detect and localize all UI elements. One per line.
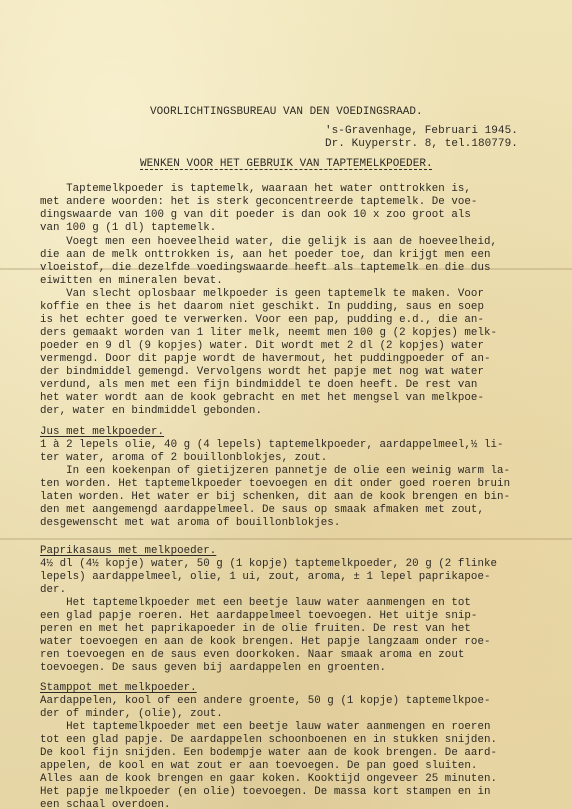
text-line: peren en met het paprikapoeder in de oli… bbox=[40, 623, 471, 636]
text-line: desgewenscht met wat aroma of bouillonbl… bbox=[40, 517, 340, 530]
text-line: Voegt men een hoeveelheid water, die gel… bbox=[40, 236, 497, 249]
text-line: Alles aan de kook brengen en gaar koken.… bbox=[40, 773, 497, 786]
text-line: is het echter goed te verwerken. Voor ee… bbox=[40, 314, 484, 327]
text-line: vloeistof, die dezelfde voedingswaarde h… bbox=[40, 262, 491, 275]
text-line: met andere woorden: het is sterk geconce… bbox=[40, 196, 477, 209]
text-line: die aan de melk onttrokken is, aan het p… bbox=[40, 249, 491, 262]
text-line: ter water, aroma of 2 bouillonblokjes, z… bbox=[40, 452, 327, 465]
text-line: lepels) aardappelmeel, olie, 1 ui, zout,… bbox=[40, 571, 491, 584]
text-line: tot een glad papje. De aardappelen schoo… bbox=[40, 734, 497, 747]
text-line: een schaal overdoen. bbox=[40, 799, 171, 809]
text-line: Het papje melkpoeder (en olie) toevoegen… bbox=[40, 786, 491, 799]
address: Dr. Kuyperstr. 8, tel.180779. bbox=[325, 138, 518, 151]
text-line: der, water en bindmiddel gebonden. bbox=[40, 405, 262, 418]
text-line: 1 à 2 lepels olie, 40 g (4 lepels) tapte… bbox=[40, 439, 504, 452]
text-line: Het taptemelkpoeder met een beetje lauw … bbox=[40, 721, 491, 734]
text-line: water toevoegen en aan de kook brengen. … bbox=[40, 636, 491, 649]
text-line: Het taptemelkpoeder met een beetje lauw … bbox=[40, 597, 471, 610]
text-line: appelen, de kool en wat zout er aan toev… bbox=[40, 760, 477, 773]
text-line: Taptemelkpoeder is taptemelk, waaraan he… bbox=[40, 183, 471, 196]
text-line: De kool fijn snijden. Een bodempje water… bbox=[40, 747, 497, 760]
text-line: der bindmiddel gemengd. Vervolgens wordt… bbox=[40, 366, 484, 379]
text-line: 4½ dl (4½ kopje) water, 50 g (1 kopje) t… bbox=[40, 558, 497, 571]
text-line: ren toevoegen en de saus even doorkoken.… bbox=[40, 649, 464, 662]
recipe-title: Jus met melkpoeder. bbox=[40, 426, 164, 439]
text-line: vermengd. Door dit papje wordt de haverm… bbox=[40, 353, 491, 366]
place-date: 's-Gravenhage, Februari 1945. bbox=[325, 125, 518, 138]
text-line: der. bbox=[40, 584, 66, 597]
typewritten-document: VOORLICHTINGSBUREAU VAN DEN VOEDINGSRAAD… bbox=[0, 0, 572, 809]
text-line: den met aangemengd aardappelmeel. De sau… bbox=[40, 504, 484, 517]
text-line: eiwitten en mineralen bevat. bbox=[40, 275, 223, 288]
text-line: verdund, als men met een fijn bindmiddel… bbox=[40, 379, 477, 392]
text-line: poeder en 9 dl (9 kopjes) water. Dit wor… bbox=[40, 340, 484, 353]
text-line: dingswaarde van 100 g van dit poeder is … bbox=[40, 209, 471, 222]
recipe-title: Paprikasaus met melkpoeder. bbox=[40, 545, 216, 558]
text-line: laten worden. Het water er bij schenken,… bbox=[40, 491, 510, 504]
text-line: Aardappelen, kool of een andere groente,… bbox=[40, 695, 491, 708]
text-line: In een koekenpan of gietijzeren pannetje… bbox=[40, 465, 510, 478]
recipe-title: Stamppot met melkpoeder. bbox=[40, 682, 197, 695]
text-line: van 100 g (1 dl) taptemelk. bbox=[40, 222, 216, 235]
text-line: Van slecht oplosbaar melkpoeder is geen … bbox=[40, 288, 484, 301]
text-line: toevoegen. De saus geven bij aardappelen… bbox=[40, 662, 386, 675]
organization-heading: VOORLICHTINGSBUREAU VAN DEN VOEDINGSRAAD… bbox=[150, 106, 423, 119]
text-line: ten worden. Het taptemelkpoeder toevoege… bbox=[40, 478, 510, 491]
text-line: der of minder, (olie), zout. bbox=[40, 708, 223, 721]
text-line: ders gemaakt worden van 1 liter melk, ne… bbox=[40, 327, 497, 340]
text-line: koffie en thee is het daarom niet geschi… bbox=[40, 301, 484, 314]
text-line: het water wordt aan de kook gebracht en … bbox=[40, 392, 484, 405]
text-line: een glad papje roeren. Het aardappelmeel… bbox=[40, 610, 477, 623]
document-title: WENKEN VOOR HET GEBRUIK VAN TAPTEMELKPOE… bbox=[140, 158, 433, 171]
